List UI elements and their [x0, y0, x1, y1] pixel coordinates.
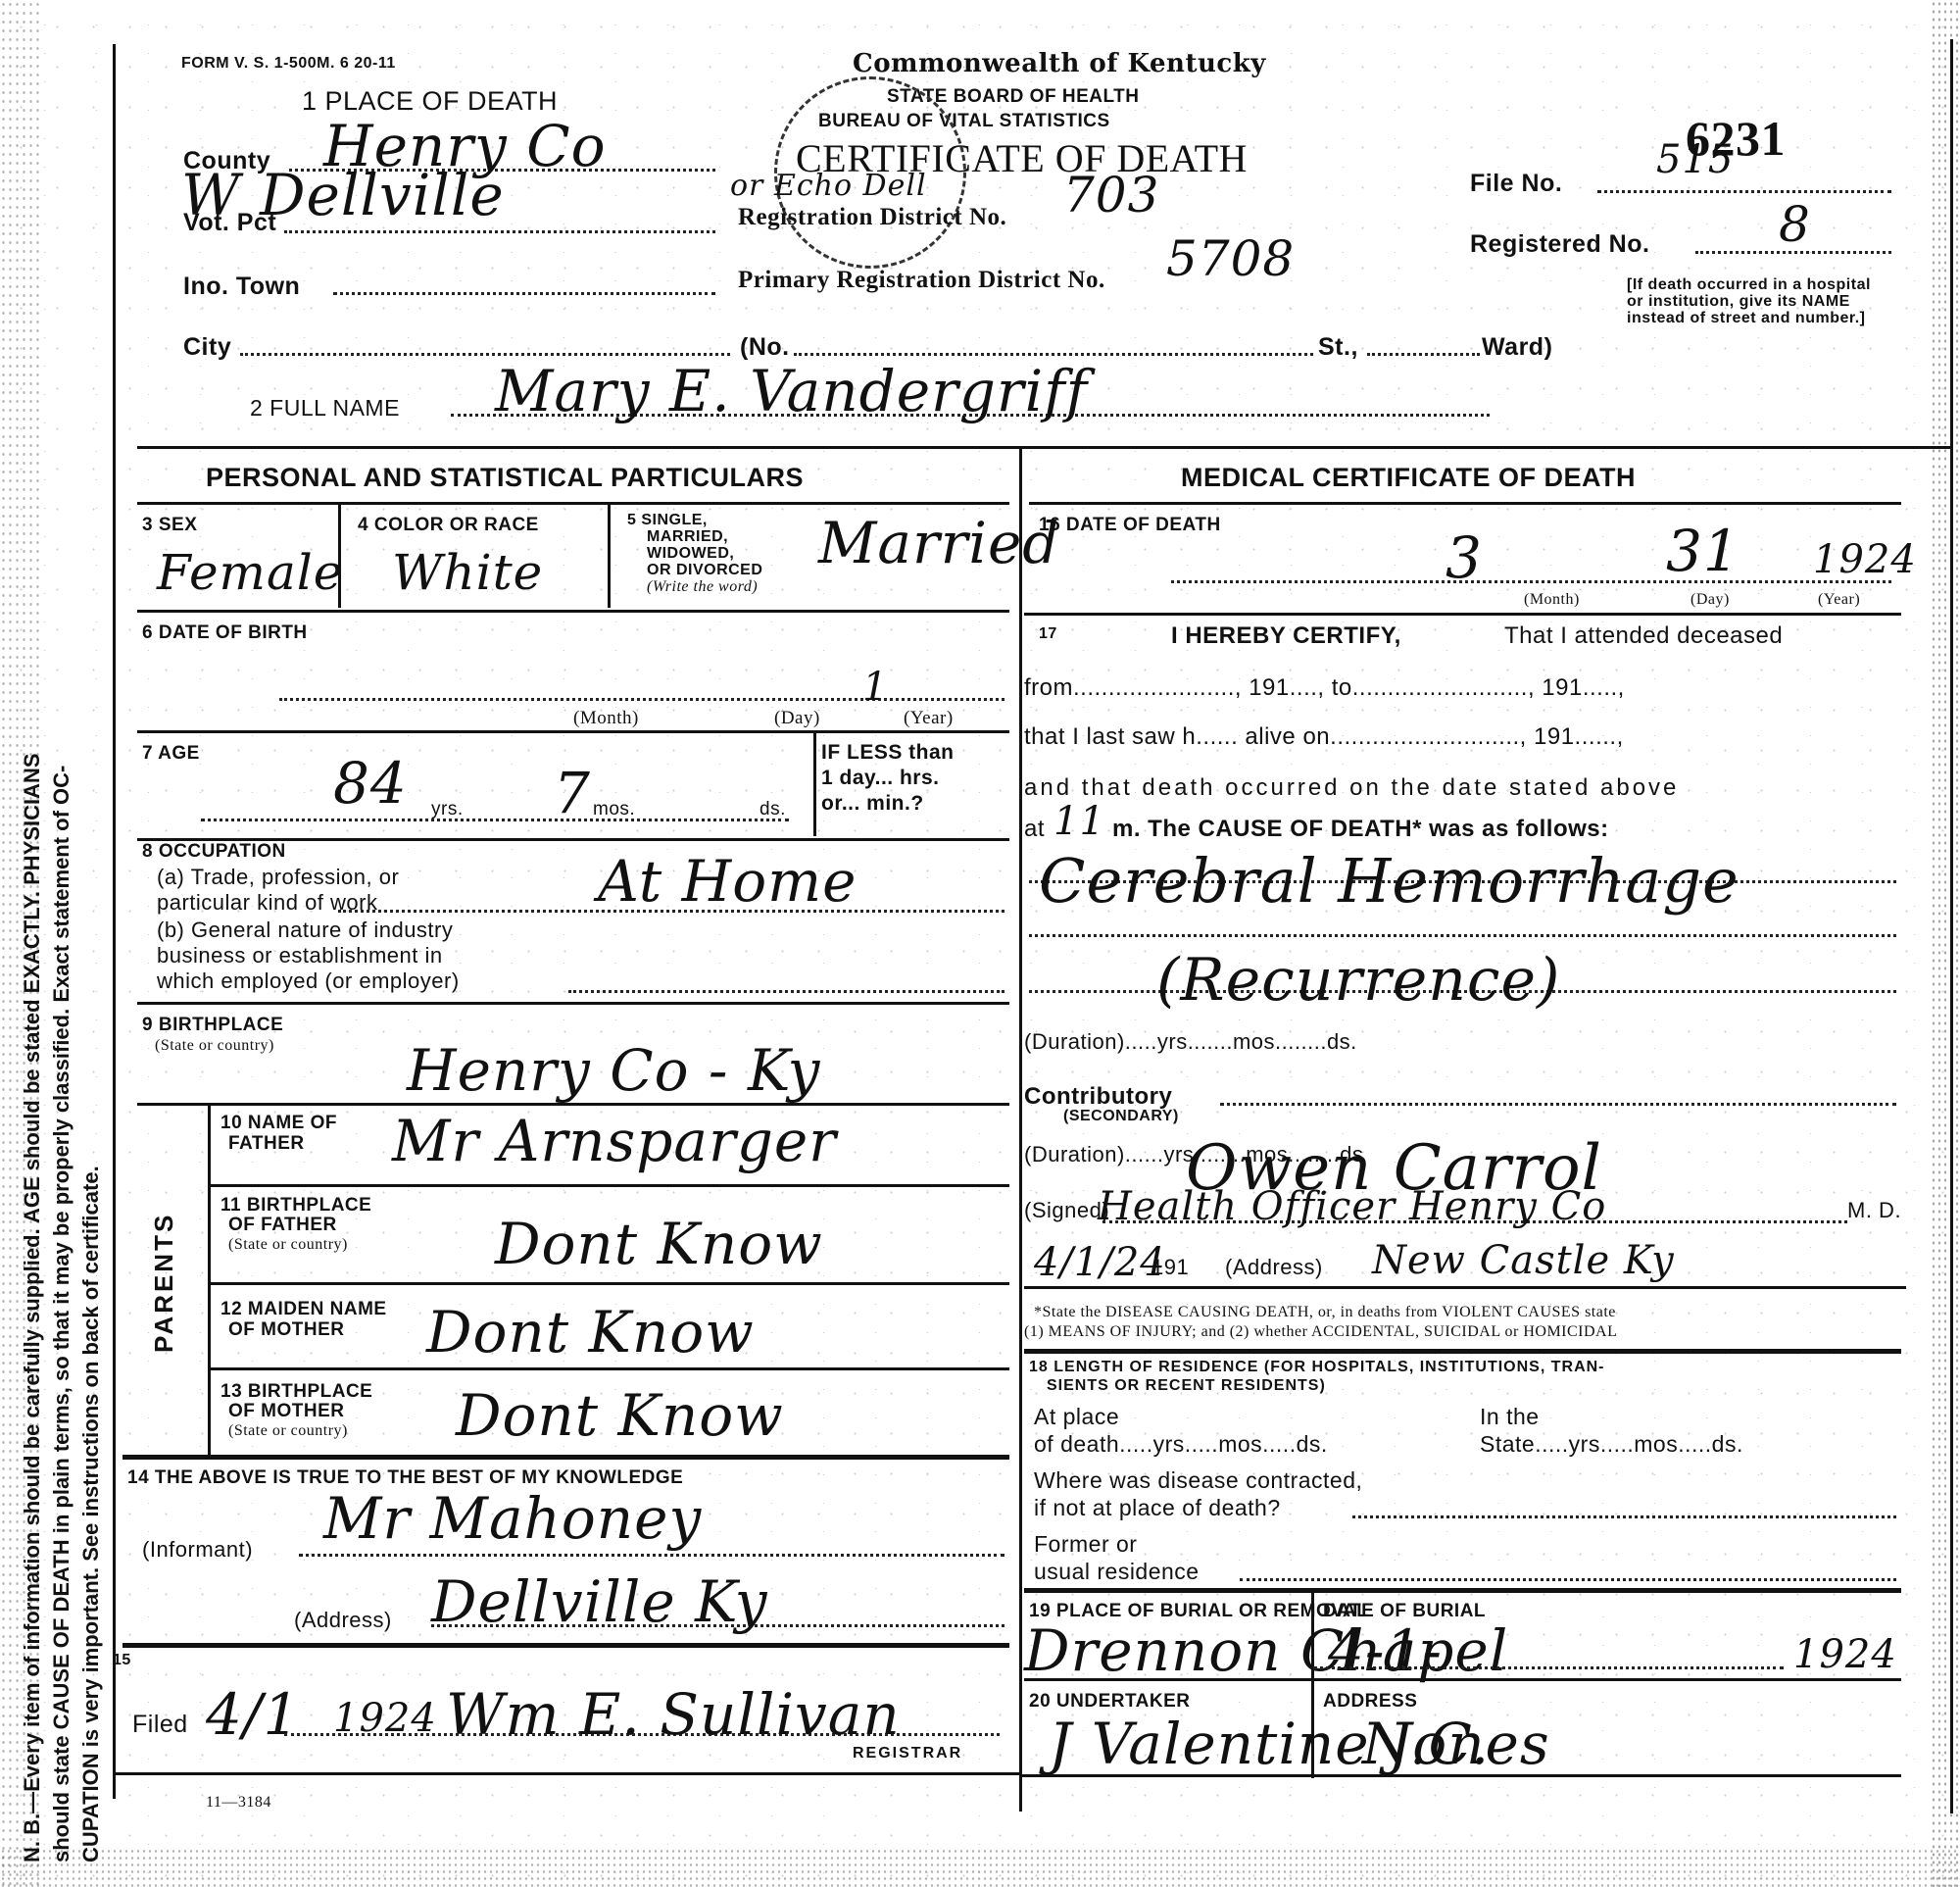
father-name-value[interactable]: Mr Arnsparger [392, 1108, 837, 1174]
street-line [794, 353, 1313, 356]
commonwealth-title: Commonwealth of Kentucky [853, 49, 1266, 78]
right-edge-speckle [1931, 0, 1960, 1887]
side-note-line3: CUPATION is very important. See instruct… [78, 1166, 104, 1862]
race-value[interactable]: White [392, 544, 543, 601]
dod-label: 16 DATE OF DEATH [1039, 515, 1221, 536]
occupation-label: 8 OCCUPATION [142, 841, 286, 863]
rule-sex [137, 610, 1009, 613]
filed-year[interactable]: 1924 [333, 1696, 437, 1741]
rule-signed [1024, 1286, 1906, 1289]
signed-date[interactable]: 4/1/24 [1034, 1240, 1166, 1285]
where-contracted: Where was disease contracted, [1034, 1467, 1362, 1494]
contributory-label: Contributory [1024, 1083, 1172, 1111]
father-birthplace-label: 11 BIRTHPLACE OF FATHER (State or countr… [220, 1196, 371, 1255]
sig-address-label: (Address) [1225, 1255, 1323, 1280]
certify-bold: I HEREBY CERTIFY, [1171, 622, 1401, 650]
undertaker-address-label: ADDRESS [1323, 1691, 1417, 1713]
dob-label: 6 DATE OF BIRTH [142, 622, 308, 644]
rule-residence [1024, 1588, 1901, 1593]
address-value[interactable]: Dellville Ky [431, 1568, 768, 1635]
registrar-label: REGISTRAR [853, 1745, 962, 1763]
sig-address-value[interactable]: New Castle Ky [1372, 1238, 1675, 1283]
dod-year[interactable]: 1924 [1813, 537, 1917, 582]
personal-heading: PERSONAL AND STATISTICAL PARTICULARS [206, 463, 804, 493]
birthplace-value[interactable]: Henry Co - Ky [407, 1037, 820, 1104]
rule-father-birthplace [211, 1282, 1009, 1285]
cause-of-death-label: m. The CAUSE OF DEATH* was as follows: [1112, 816, 1609, 843]
rule-occupation [137, 1002, 1009, 1005]
filed-label: Filed [132, 1711, 188, 1739]
last-saw-line: that I last saw h...... alive on........… [1024, 723, 1624, 751]
occupation-b: (b) General nature of industry [157, 918, 453, 943]
race-divider [608, 505, 611, 608]
marital-label: 5 SINGLE, MARRIED, WIDOWED, OR DIVORCED … [627, 512, 762, 595]
ino-town-line [333, 292, 715, 295]
rule-dod [1024, 613, 1901, 616]
where-contracted-line [1352, 1515, 1896, 1518]
marital-value[interactable]: Married [818, 510, 1059, 576]
ward-label: Ward) [1482, 333, 1552, 362]
age-label: 7 AGE [142, 743, 200, 765]
age-ds-label: ds. [759, 799, 786, 820]
file-no-line [1597, 190, 1891, 193]
st-label: St., [1318, 333, 1358, 362]
occupation-value[interactable]: At Home [598, 848, 857, 915]
at-place-label: At place [1034, 1404, 1119, 1430]
occupation-b3: which employed (or employer) [157, 968, 460, 994]
cert-num: 17 [1039, 625, 1057, 643]
primary-reg-value[interactable]: 5708 [1166, 230, 1295, 287]
dod-month-label: (Month) [1524, 591, 1580, 609]
city-label: City [183, 333, 231, 362]
rule-medical [1029, 502, 1901, 505]
informant-line [299, 1554, 1004, 1557]
rule-mother [211, 1367, 1009, 1370]
dob-month-label: (Month) [573, 708, 639, 729]
burial-year[interactable]: 1924 [1793, 1632, 1897, 1677]
rule-footnote [1024, 1349, 1901, 1354]
mother-birthplace-value[interactable]: Dont Know [456, 1382, 784, 1449]
registered-no-label: Registered No. [1470, 230, 1649, 259]
md-label: M. D. [1847, 1198, 1901, 1223]
dob-day-label: (Day) [774, 708, 820, 729]
hospital-note: [If death occurred in a hospital or inst… [1627, 276, 1886, 326]
birthplace-label: 9 BIRTHPLACE [142, 1015, 283, 1036]
rule-informant [122, 1643, 1009, 1648]
signed-title[interactable]: Health Officer Henry Co [1098, 1184, 1606, 1229]
age-mos-label: mos. [593, 799, 635, 820]
vot-pct-value[interactable]: W Dellville [181, 162, 505, 228]
usual-residence-label: usual residence [1034, 1559, 1200, 1585]
age-line [201, 819, 789, 821]
cause-of-death-value2[interactable]: (Recurrence) [1156, 946, 1560, 1015]
footer-code: 11—3184 [206, 1794, 271, 1812]
primary-reg-label: Primary Registration District No. [738, 267, 1105, 294]
burial-date-line [1313, 1666, 1784, 1669]
secondary-label: (SECONDARY) [1063, 1108, 1179, 1125]
city-line [240, 353, 730, 356]
certify-rest: That I attended deceased [1504, 622, 1783, 650]
side-note-line2: should state CAUSE OF DEATH in plain ter… [49, 766, 74, 1862]
right-frame [1950, 39, 1953, 1813]
residence-label2: SIENTS OR RECENT RESIDENTS) [1047, 1377, 1326, 1395]
residence-label: 18 LENGTH OF RESIDENCE (FOR HOSPITALS, I… [1029, 1359, 1605, 1376]
parents-label: PARENTS [149, 1213, 179, 1353]
rule-parents [122, 1455, 1009, 1460]
left-frame [113, 44, 116, 1799]
father-name-label: 10 NAME OF FATHER [220, 1113, 337, 1154]
occupation-b2: business or establishment in [157, 943, 443, 968]
occupation-a: (a) Trade, profession, or [157, 865, 399, 890]
rule-undertaker [1019, 1774, 1901, 1777]
bottom-edge-speckle [0, 1848, 1960, 1887]
in-the-label: In the [1480, 1404, 1540, 1430]
rule-father [211, 1184, 1009, 1187]
registered-no-value[interactable]: 8 [1779, 196, 1811, 253]
side-note-line1: N. B.—Every item of information should b… [20, 753, 45, 1862]
undertaker-address-value[interactable]: N.C. [1362, 1711, 1490, 1777]
attended-from-line: from......................., 191...., to… [1024, 674, 1625, 702]
reg-district-value[interactable]: 703 [1063, 167, 1159, 223]
dod-day[interactable]: 31 [1666, 518, 1740, 584]
rule-burial [1024, 1678, 1901, 1681]
sex-divider [338, 505, 341, 608]
father-birthplace-value[interactable]: Dont Know [495, 1211, 823, 1277]
rule-filed [113, 1772, 1019, 1775]
occurred-line: and that death occurred on the date stat… [1024, 774, 1679, 802]
ward-line [1367, 353, 1480, 356]
age-years-value[interactable]: 84 [333, 750, 408, 817]
burial-date-value[interactable]: 4-1- [1328, 1617, 1443, 1684]
dob-line [279, 698, 1004, 701]
footnote-2: (1) MEANS OF INJURY; and (2) whether ACC… [1024, 1323, 1617, 1341]
dob-year-label: (Year) [904, 708, 954, 729]
dod-day-label: (Day) [1690, 591, 1730, 609]
informant-value[interactable]: Mr Mahoney [323, 1485, 702, 1552]
of-death-line: of death.....yrs.....mos.....ds. [1034, 1431, 1328, 1458]
ino-town-label: Ino. Town [183, 273, 300, 301]
dod-month[interactable]: 3 [1445, 524, 1483, 591]
rule-top [137, 446, 1950, 449]
occupation-b-line [568, 990, 1004, 993]
less-than-day: IF LESS than 1 day... hrs. or... min.? [821, 740, 955, 817]
medical-heading: MEDICAL CERTIFICATE OF DEATH [1181, 463, 1636, 493]
column-divider [1019, 449, 1022, 1812]
cause-line-2 [1029, 934, 1896, 937]
sex-label: 3 SEX [142, 515, 197, 536]
rule-personal [137, 502, 1009, 505]
dod-line [1171, 580, 1891, 583]
filed-date[interactable]: 4/1 [206, 1681, 300, 1748]
age-divider [813, 733, 816, 836]
rule-birthplace [137, 1103, 1009, 1106]
at-prefix: at [1024, 816, 1045, 843]
former-label: Former or [1034, 1531, 1137, 1558]
full-name-value[interactable]: Mary E. Vandergriff [495, 358, 1088, 424]
filed-num: 15 [113, 1652, 131, 1669]
contributory-line [1220, 1103, 1896, 1106]
dob-value[interactable]: 1 [862, 665, 888, 710]
where-contracted2: if not at place of death? [1034, 1495, 1281, 1521]
vot-pct-line [284, 230, 715, 233]
footnote-1: *State the DISEASE CAUSING DEATH, or, in… [1034, 1304, 1616, 1321]
file-no-hand[interactable]: 515 [1656, 137, 1734, 182]
age-months-value[interactable]: 7 [554, 760, 591, 826]
duration-line: (Duration).....yrs.......mos........ds. [1024, 1029, 1357, 1055]
informant-label: (Informant) [142, 1537, 253, 1563]
undertaker-label: 20 UNDERTAKER [1029, 1691, 1191, 1713]
rule-dob [137, 730, 1009, 733]
full-name-label: 2 FULL NAME [250, 395, 400, 422]
race-label: 4 COLOR OR RACE [358, 515, 539, 536]
mother-name-label: 12 MAIDEN NAME OF MOTHER [220, 1299, 387, 1340]
age-yrs-label: yrs. [431, 799, 464, 820]
mother-birthplace-label: 13 BIRTHPLACE OF MOTHER (State or countr… [220, 1382, 372, 1441]
time-of-death[interactable]: 11 [1053, 799, 1105, 844]
reg-district-label: Registration District No. [738, 204, 1006, 231]
address-label: (Address) [294, 1608, 392, 1633]
usual-residence-line [1240, 1578, 1896, 1581]
sex-value[interactable]: Female [157, 544, 343, 601]
signed-year-prefix: 191 [1151, 1255, 1189, 1280]
cause-of-death-value[interactable]: Cerebral Hemorrhage [1039, 845, 1739, 917]
form-number: FORM V. S. 1-500M. 6 20-11 [181, 55, 396, 73]
state-line: State.....yrs.....mos.....ds. [1480, 1431, 1743, 1458]
mother-name-value[interactable]: Dont Know [426, 1299, 755, 1366]
file-no-label: File No. [1470, 170, 1562, 198]
birthplace-sub: (State or country) [155, 1037, 274, 1055]
vot-pct-alt[interactable]: or Echo Dell [730, 169, 927, 203]
dod-year-label: (Year) [1818, 591, 1860, 609]
registrar-value[interactable]: Wm E. Sullivan [446, 1681, 901, 1748]
